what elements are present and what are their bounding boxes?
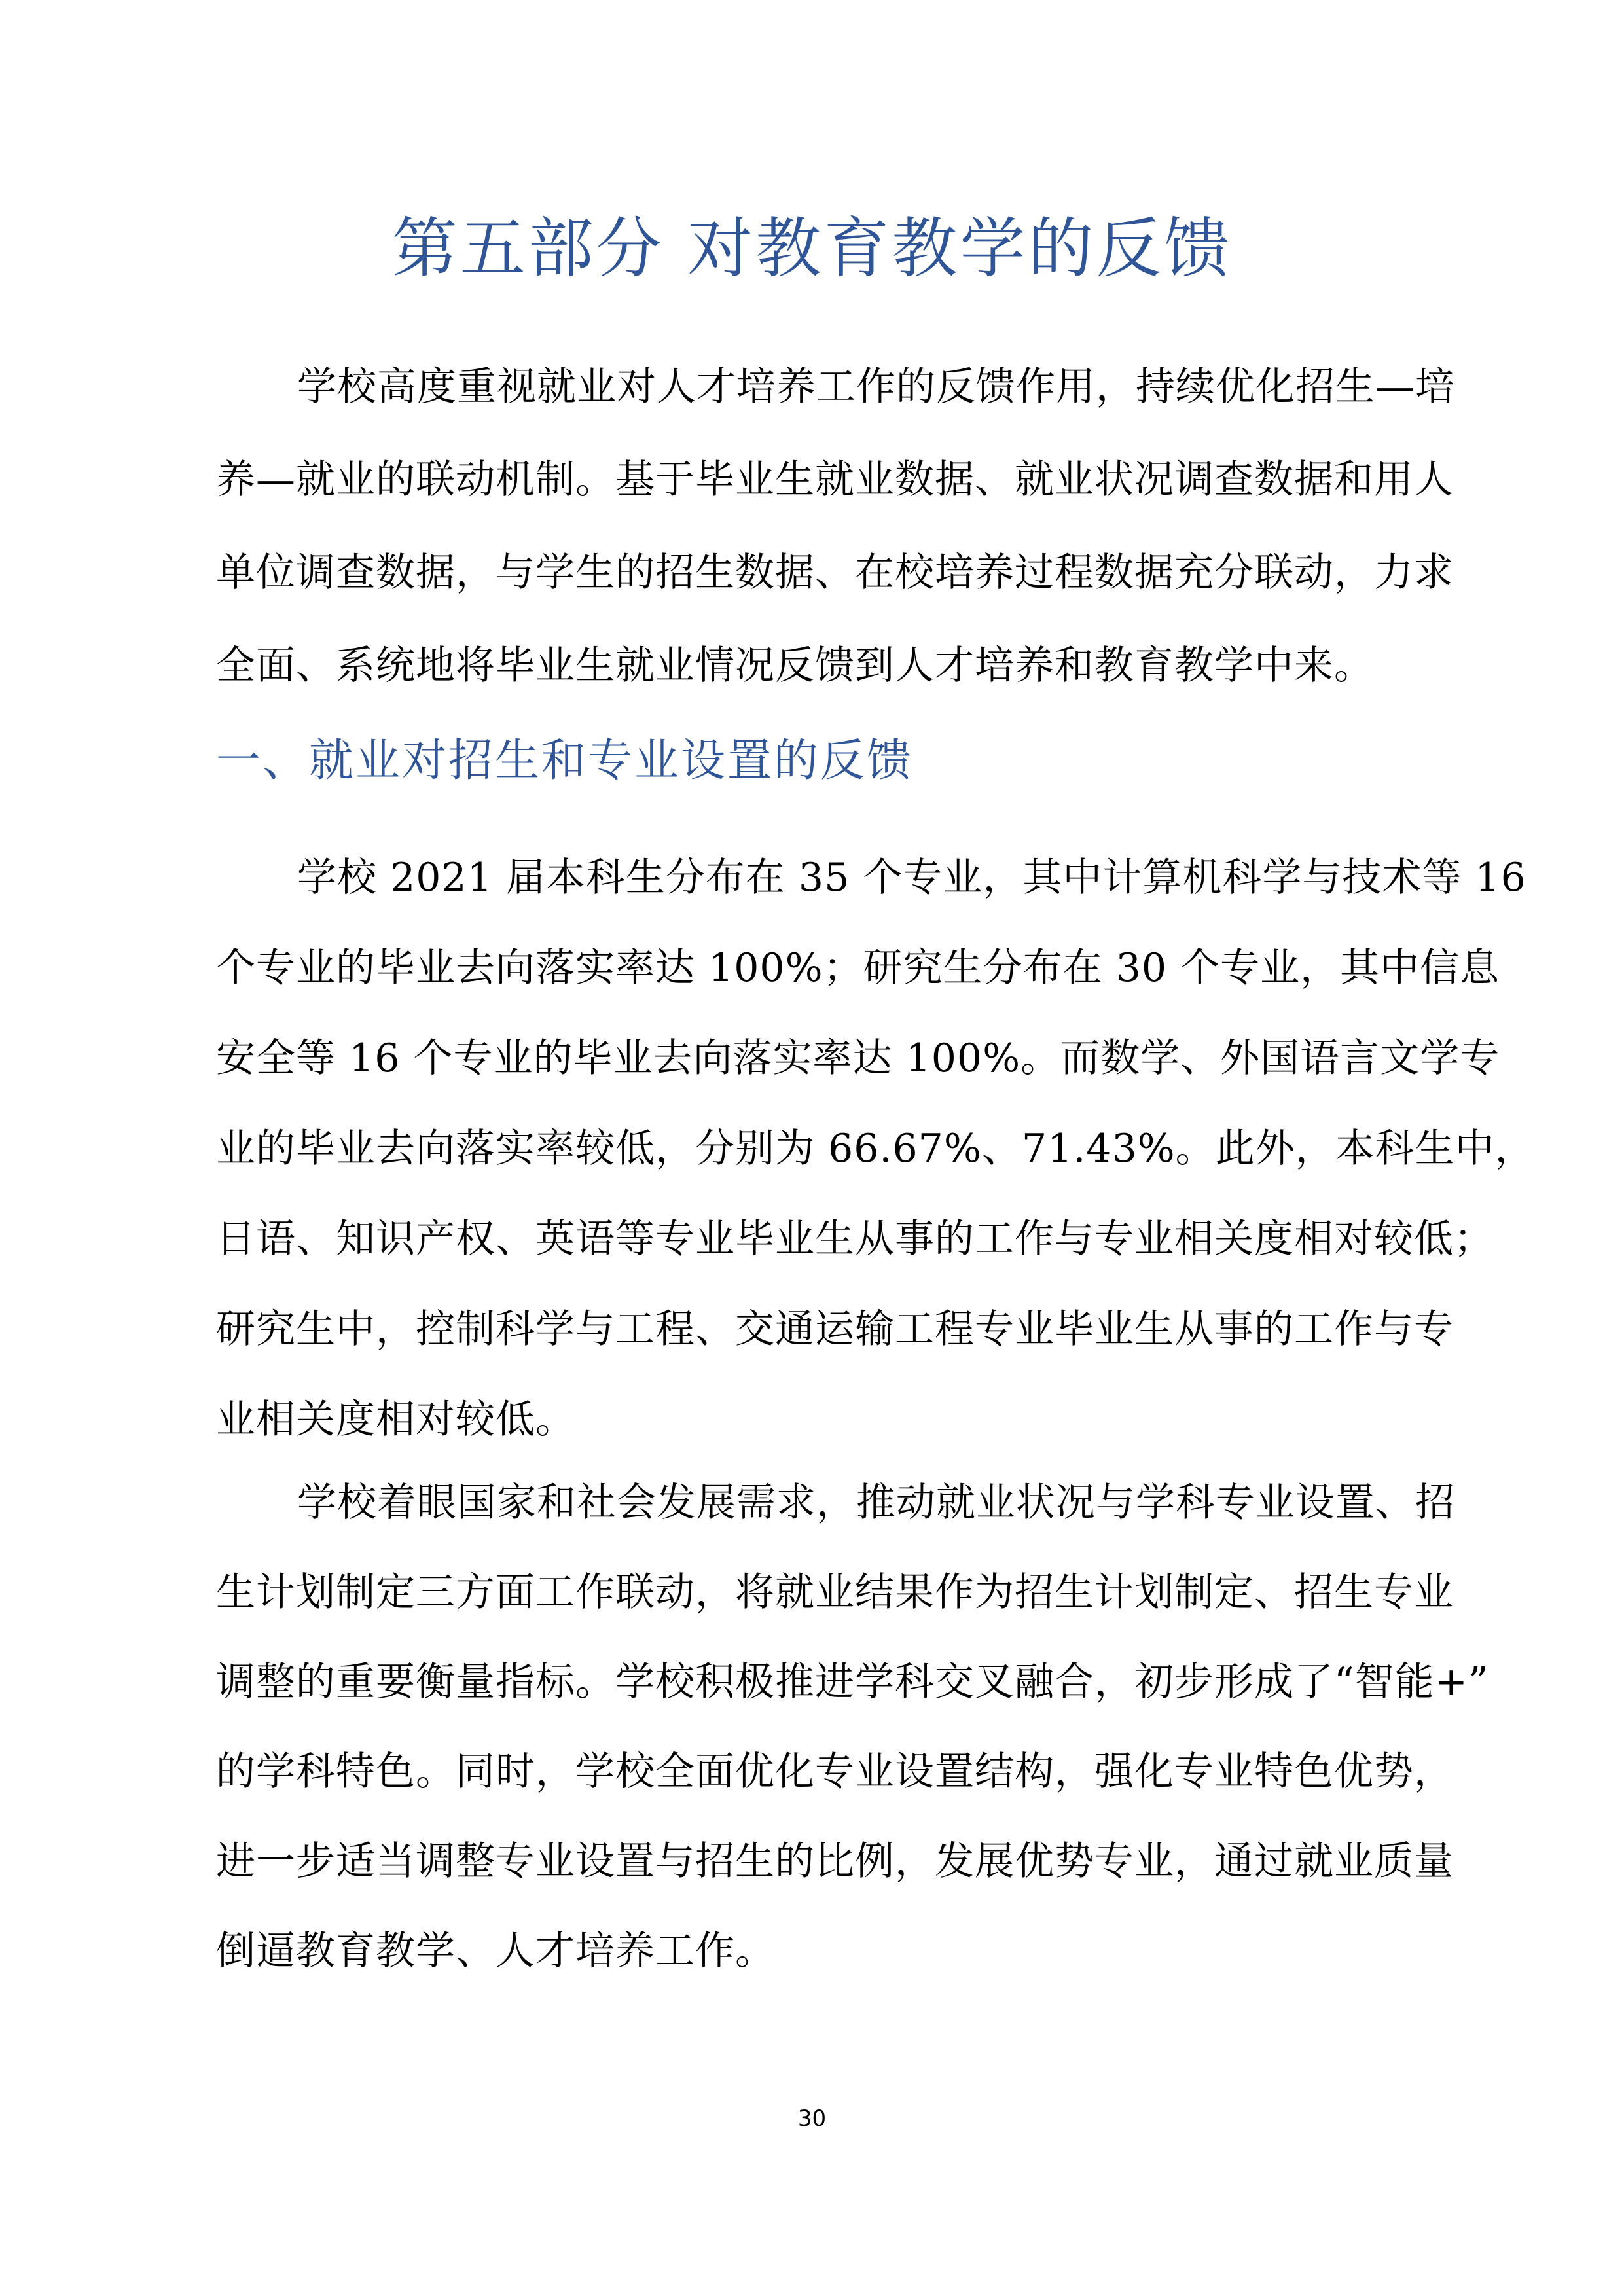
- paragraph-line: 的学科特色。同时，学校全面优化专业设置结构，强化专业特色优势，: [216, 1727, 1414, 1817]
- paragraph-line: 学校高度重视就业对人才培养工作的反馈作用，持续优化招生—培: [216, 340, 1414, 433]
- paragraph-line: 生计划制定三方面工作联动，将就业结果作为招生计划制定、招生专业: [216, 1548, 1414, 1638]
- paragraph-line: 业的毕业去向落实率较低，分别为 66.67%、71.43%。此外，本科生中，: [216, 1103, 1414, 1194]
- paragraph-line: 安全等 16 个专业的毕业去向落实率达 100%。而数学、外国语言文学专: [216, 1013, 1414, 1103]
- page-title: 第五部分 对教育教学的反馈: [0, 200, 1624, 298]
- section-1-paragraph-1: 学校 2021 届本科生分布在 35 个专业，其中计算机科学与技术等 16 个专…: [216, 833, 1414, 1465]
- paragraph-line: 倒逼教育教学、人才培养工作。: [216, 1907, 1414, 1996]
- paragraph-line: 养—就业的联动机制。基于毕业生就业数据、就业状况调查数据和用人: [216, 433, 1414, 526]
- paragraph-line: 调整的重要衡量指标。学校积极推进学科交叉融合，初步形成了“智能+”: [216, 1638, 1414, 1727]
- paragraph-line: 全面、系统地将毕业生就业情况反馈到人才培养和教育教学中来。: [216, 619, 1414, 712]
- paragraph-line: 研究生中，控制科学与工程、交通运输工程专业毕业生从事的工作与专: [216, 1284, 1414, 1374]
- section-1-paragraph-2: 学校着眼国家和社会发展需求，推动就业状况与学科专业设置、招 生计划制定三方面工作…: [216, 1458, 1414, 1996]
- paragraph-line: 个专业的毕业去向落实率达 100%；研究生分布在 30 个专业，其中信息: [216, 923, 1414, 1013]
- paragraph-line: 单位调查数据，与学生的招生数据、在校培养过程数据充分联动，力求: [216, 526, 1414, 619]
- paragraph-line: 业相关度相对较低。: [216, 1374, 1414, 1465]
- paragraph-line: 进一步适当调整专业设置与招生的比例，发展优势专业，通过就业质量: [216, 1817, 1414, 1907]
- paragraph-line: 学校着眼国家和社会发展需求，推动就业状况与学科专业设置、招: [216, 1458, 1414, 1548]
- page-number: 30: [0, 2102, 1624, 2135]
- intro-paragraph: 学校高度重视就业对人才培养工作的反馈作用，持续优化招生—培 养—就业的联动机制。…: [216, 340, 1414, 712]
- section-heading: 一、就业对招生和专业设置的反馈: [216, 725, 913, 797]
- paragraph-line: 日语、知识产权、英语等专业毕业生从事的工作与专业相关度相对较低；: [216, 1194, 1414, 1284]
- document-page: 第五部分 对教育教学的反馈 学校高度重视就业对人才培养工作的反馈作用，持续优化招…: [0, 0, 1624, 2296]
- paragraph-line: 学校 2021 届本科生分布在 35 个专业，其中计算机科学与技术等 16: [216, 833, 1414, 923]
